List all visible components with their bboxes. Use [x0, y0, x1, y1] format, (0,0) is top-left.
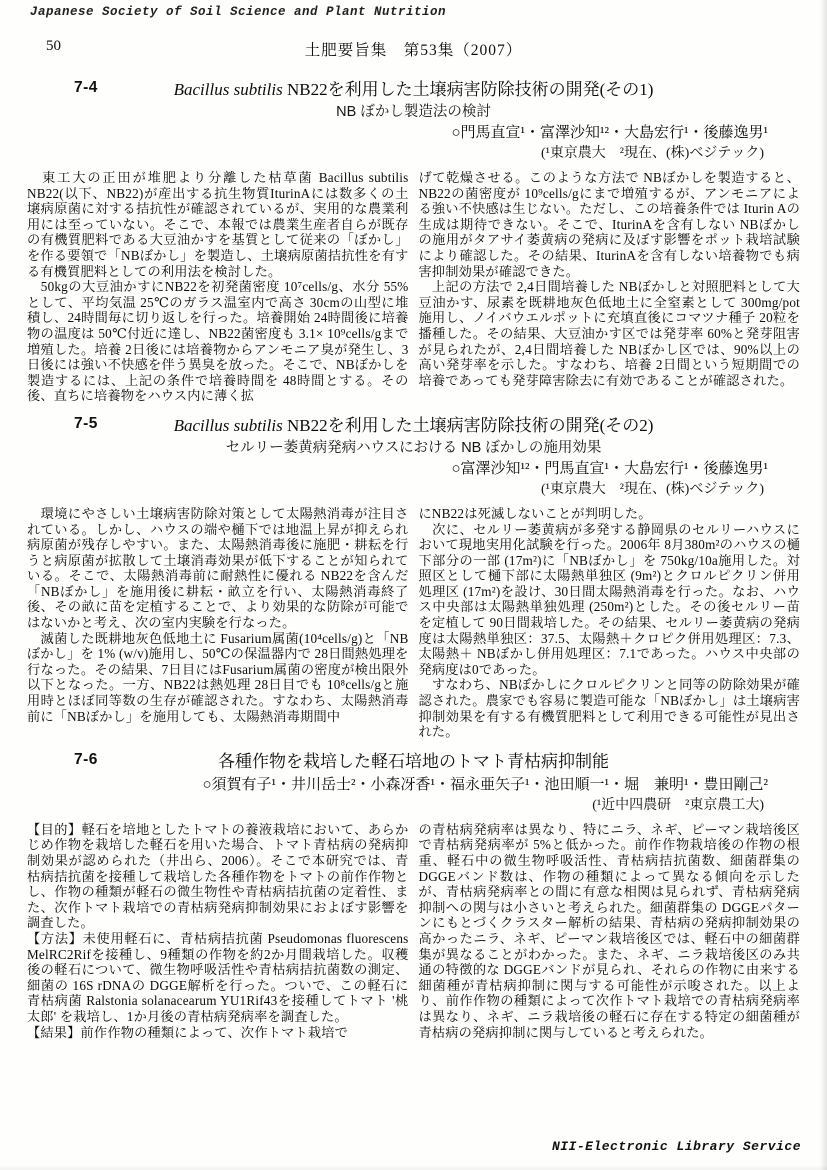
body-column-left: 東工大の正田が堆肥より分離した枯草菌 Bacillus subtilis NB2…	[27, 170, 409, 404]
section-number: 7-6	[74, 751, 98, 769]
body-paragraph: 【方法】未使用軽石に、青枯病拮抗菌 Pseudomonas fluorescen…	[27, 931, 409, 1025]
section-title-text: 各種作物を栽培した軽石培地のトマト青枯病抑制能	[218, 752, 609, 771]
authors-line: ○富澤沙知¹²・門馬直宣¹・大島宏行¹・後藤逸男¹	[27, 458, 800, 480]
body-paragraph: 次に、セルリー萎黄病が多発する静岡県のセルリーハウスにおいて現地実用化試験を行っ…	[419, 522, 801, 678]
section-head: 7-4 Bacillus subtilis NB22を利用した土壌病害防除技術の…	[27, 78, 800, 163]
body-paragraph: すなわち、NBぼかしにクロルピクリンと同等の防除効果が確認された。農家でも容易に…	[419, 677, 801, 739]
section-number: 7-5	[74, 415, 98, 433]
abstract-7-4: 7-4 Bacillus subtilis NB22を利用した土壌病害防除技術の…	[0, 78, 827, 404]
affiliation-line: (¹東京農大 ²現在、(株)ベジテック)	[27, 144, 800, 163]
section-title-text: NB22を利用した土壌病害防除技術の開発(その2)	[283, 416, 654, 435]
body-column-right: げて乾燥させる。このような方法で NBぼかしを製造すると、NB22の菌密度が 1…	[419, 170, 801, 404]
page-content: 7-4 Bacillus subtilis NB22を利用した土壌病害防除技術の…	[0, 78, 827, 1040]
body-paragraph: 上記の方法で 2,4日間培養した NBぼかしと対照肥料として大豆油かす、尿素を既…	[419, 279, 801, 388]
body-paragraph: 【結果】前作作物の種類によって、次作トマト栽培で	[27, 1025, 409, 1041]
section-title: 各種作物を栽培した軽石培地のトマト青枯病抑制能	[27, 750, 800, 774]
body-paragraph: 東工大の正田が堆肥より分離した枯草菌 Bacillus subtilis NB2…	[27, 170, 409, 279]
section-subtitle: セルリー萎黄病発病ハウスにおける NB ぼかしの施用効果	[27, 438, 800, 458]
section-title: Bacillus subtilis NB22を利用した土壌病害防除技術の開発(そ…	[27, 414, 800, 438]
affiliation-line: (¹近中四農研 ²東京農工大)	[27, 796, 800, 815]
species-name: Bacillus subtilis	[174, 416, 283, 435]
scan-edge	[0, 1165, 827, 1170]
scanned-abstract-page: Japanese Society of Soil Science and Pla…	[0, 0, 827, 1170]
authors-line: ○門馬直宣¹・富澤沙知¹²・大島宏行¹・後藤逸男¹	[27, 122, 800, 144]
section-number: 7-4	[74, 79, 98, 97]
body-paragraph: 【目的】軽石を培地としたトマトの養液栽培において、あらかじめ作物を栽培した軽石を…	[27, 822, 409, 931]
body-column-right: にNB22は死滅しないことが判明した。 次に、セルリー萎黄病が多発する静岡県のセ…	[419, 506, 801, 740]
section-title: Bacillus subtilis NB22を利用した土壌病害防除技術の開発(そ…	[27, 78, 800, 102]
abstract-body: 【目的】軽石を培地としたトマトの養液栽培において、あらかじめ作物を栽培した軽石を…	[27, 822, 800, 1040]
body-paragraph: にNB22は死滅しないことが判明した。	[419, 506, 801, 522]
affiliation-line: (¹東京農大 ²現在、(株)ベジテック)	[27, 480, 800, 499]
body-column-left: 環境にやさしい土壌病害防除対策として太陽熱消毒が注目されている。しかし、ハウスの…	[27, 506, 409, 740]
body-column-right: の青枯病発病率は異なり、特にニラ、ネギ、ピーマン栽培後区で青枯病発病率が 5%と…	[419, 822, 801, 1040]
page-header: 50 土肥要旨集 第53集（2007）	[0, 38, 827, 60]
abstract-7-6: 7-6 各種作物を栽培した軽石培地のトマト青枯病抑制能 ○須賀有子¹・井川岳士²…	[0, 750, 827, 1040]
abstract-7-5: 7-5 Bacillus subtilis NB22を利用した土壌病害防除技術の…	[0, 414, 827, 740]
body-column-left: 【目的】軽石を培地としたトマトの養液栽培において、あらかじめ作物を栽培した軽石を…	[27, 822, 409, 1040]
section-title-text: NB22を利用した土壌病害防除技術の開発(その1)	[283, 80, 654, 99]
body-paragraph: 50kgの大豆油かすにNB22を初発菌密度 10⁷cells/g、水分 55%と…	[27, 279, 409, 404]
section-subtitle: NB ぼかし製造法の検討	[27, 102, 800, 122]
body-paragraph: 環境にやさしい土壌病害防除対策として太陽熱消毒が注目されている。しかし、ハウスの…	[27, 506, 409, 631]
abstract-body: 東工大の正田が堆肥より分離した枯草菌 Bacillus subtilis NB2…	[27, 170, 800, 404]
society-note: Japanese Society of Soil Science and Pla…	[30, 5, 446, 19]
journal-title: 土肥要旨集 第53集（2007）	[0, 38, 827, 60]
abstract-body: 環境にやさしい土壌病害防除対策として太陽熱消毒が注目されている。しかし、ハウスの…	[27, 506, 800, 740]
section-head: 7-6 各種作物を栽培した軽石培地のトマト青枯病抑制能 ○須賀有子¹・井川岳士²…	[27, 750, 800, 815]
body-paragraph: の青枯病発病率は異なり、特にニラ、ネギ、ピーマン栽培後区で青枯病発病率が 5%と…	[419, 822, 801, 1040]
body-paragraph: 滅菌した既耕地灰色低地土に Fusarium属菌(10⁴cells/g)と「NB…	[27, 631, 409, 725]
authors-line: ○須賀有子¹・井川岳士²・小森冴香¹・福永亜矢子¹・池田順一¹・堀 兼明¹・豊田…	[27, 774, 800, 796]
section-head: 7-5 Bacillus subtilis NB22を利用した土壌病害防除技術の…	[27, 414, 800, 499]
nii-library-service-note: NII-Electronic Library Service	[552, 1139, 801, 1154]
species-name: Bacillus subtilis	[174, 80, 283, 99]
body-paragraph: げて乾燥させる。このような方法で NBぼかしを製造すると、NB22の菌密度が 1…	[419, 170, 801, 279]
